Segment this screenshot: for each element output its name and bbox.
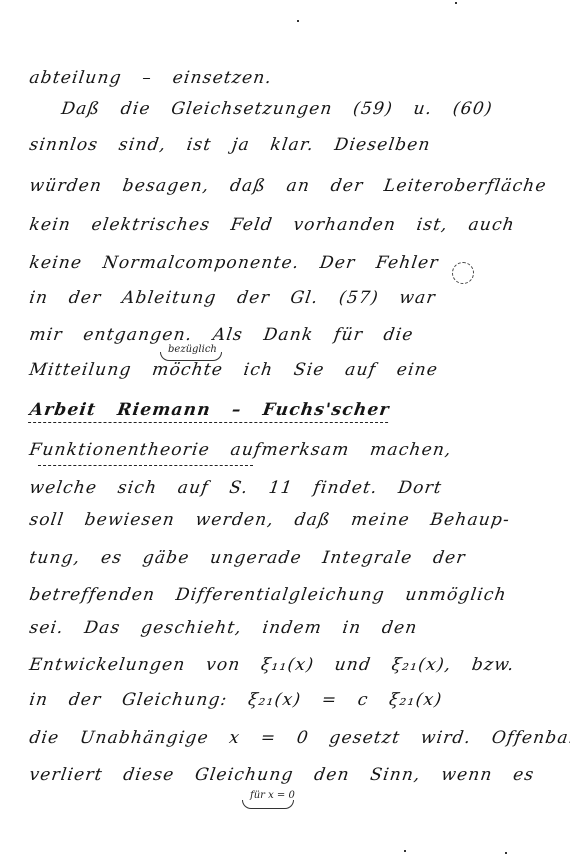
line-11: Funktionentheorie aufmerksam machen,: [28, 440, 453, 460]
insertion-bracket-bottom: [242, 800, 294, 809]
line-9: Mitteilung möchte ich Sie auf eine: [28, 360, 440, 380]
line-2: Daß die Gleichsetzungen (59) u. (60): [60, 99, 494, 119]
circled-mark: [452, 262, 474, 284]
scan-speck: [297, 20, 299, 22]
underline-funktionentheorie: [38, 465, 253, 466]
manuscript-page: abteilung – einsetzen. Daß die Gleichset…: [0, 0, 570, 865]
line-6: keine Normalcomponente. Der Fehler: [28, 253, 440, 273]
line-12: welche sich auf S. 11 findet. Dort: [28, 478, 443, 498]
line-8: mir entgangen. Als Dank für die: [28, 325, 415, 345]
line-5: kein elektrisches Feld vorhanden ist, au…: [28, 215, 516, 235]
line-20: verliert diese Gleichung den Sinn, wenn …: [28, 765, 536, 785]
line-19: die Unabhängige x = 0 gesetzt wird. Offe…: [28, 728, 570, 748]
line-10-underlined: Arbeit Riemann – Fuchs'scher: [28, 400, 391, 423]
line-18: in der Gleichung: ξ₂₁(x) = c ξ₂₁(x): [28, 690, 444, 710]
underlined-phrase-a: Arbeit Riemann – Fuchs'scher: [28, 400, 391, 420]
line-15: betreffenden Differentialgleichung unmög…: [28, 585, 508, 605]
line-13: soll bewiesen werden, daß meine Behaup-: [28, 510, 511, 530]
scan-speck: [404, 850, 406, 852]
line-7: in der Ableitung der Gl. (57) war: [28, 288, 437, 308]
line-14: tung, es gäbe ungerade Integrale der: [28, 548, 467, 568]
scan-speck: [455, 2, 457, 4]
line-16: sei. Das geschieht, indem in den: [28, 618, 419, 638]
line-4: würden besagen, daß an der Leiteroberflä…: [28, 176, 548, 196]
line-1: abteilung – einsetzen.: [28, 68, 274, 88]
scan-speck: [505, 852, 507, 854]
line-17: Entwickelungen von ξ₁₁(x) und ξ₂₁(x), bz…: [28, 655, 516, 675]
line-3: sinnlos sind, ist ja klar. Dieselben: [28, 135, 432, 155]
